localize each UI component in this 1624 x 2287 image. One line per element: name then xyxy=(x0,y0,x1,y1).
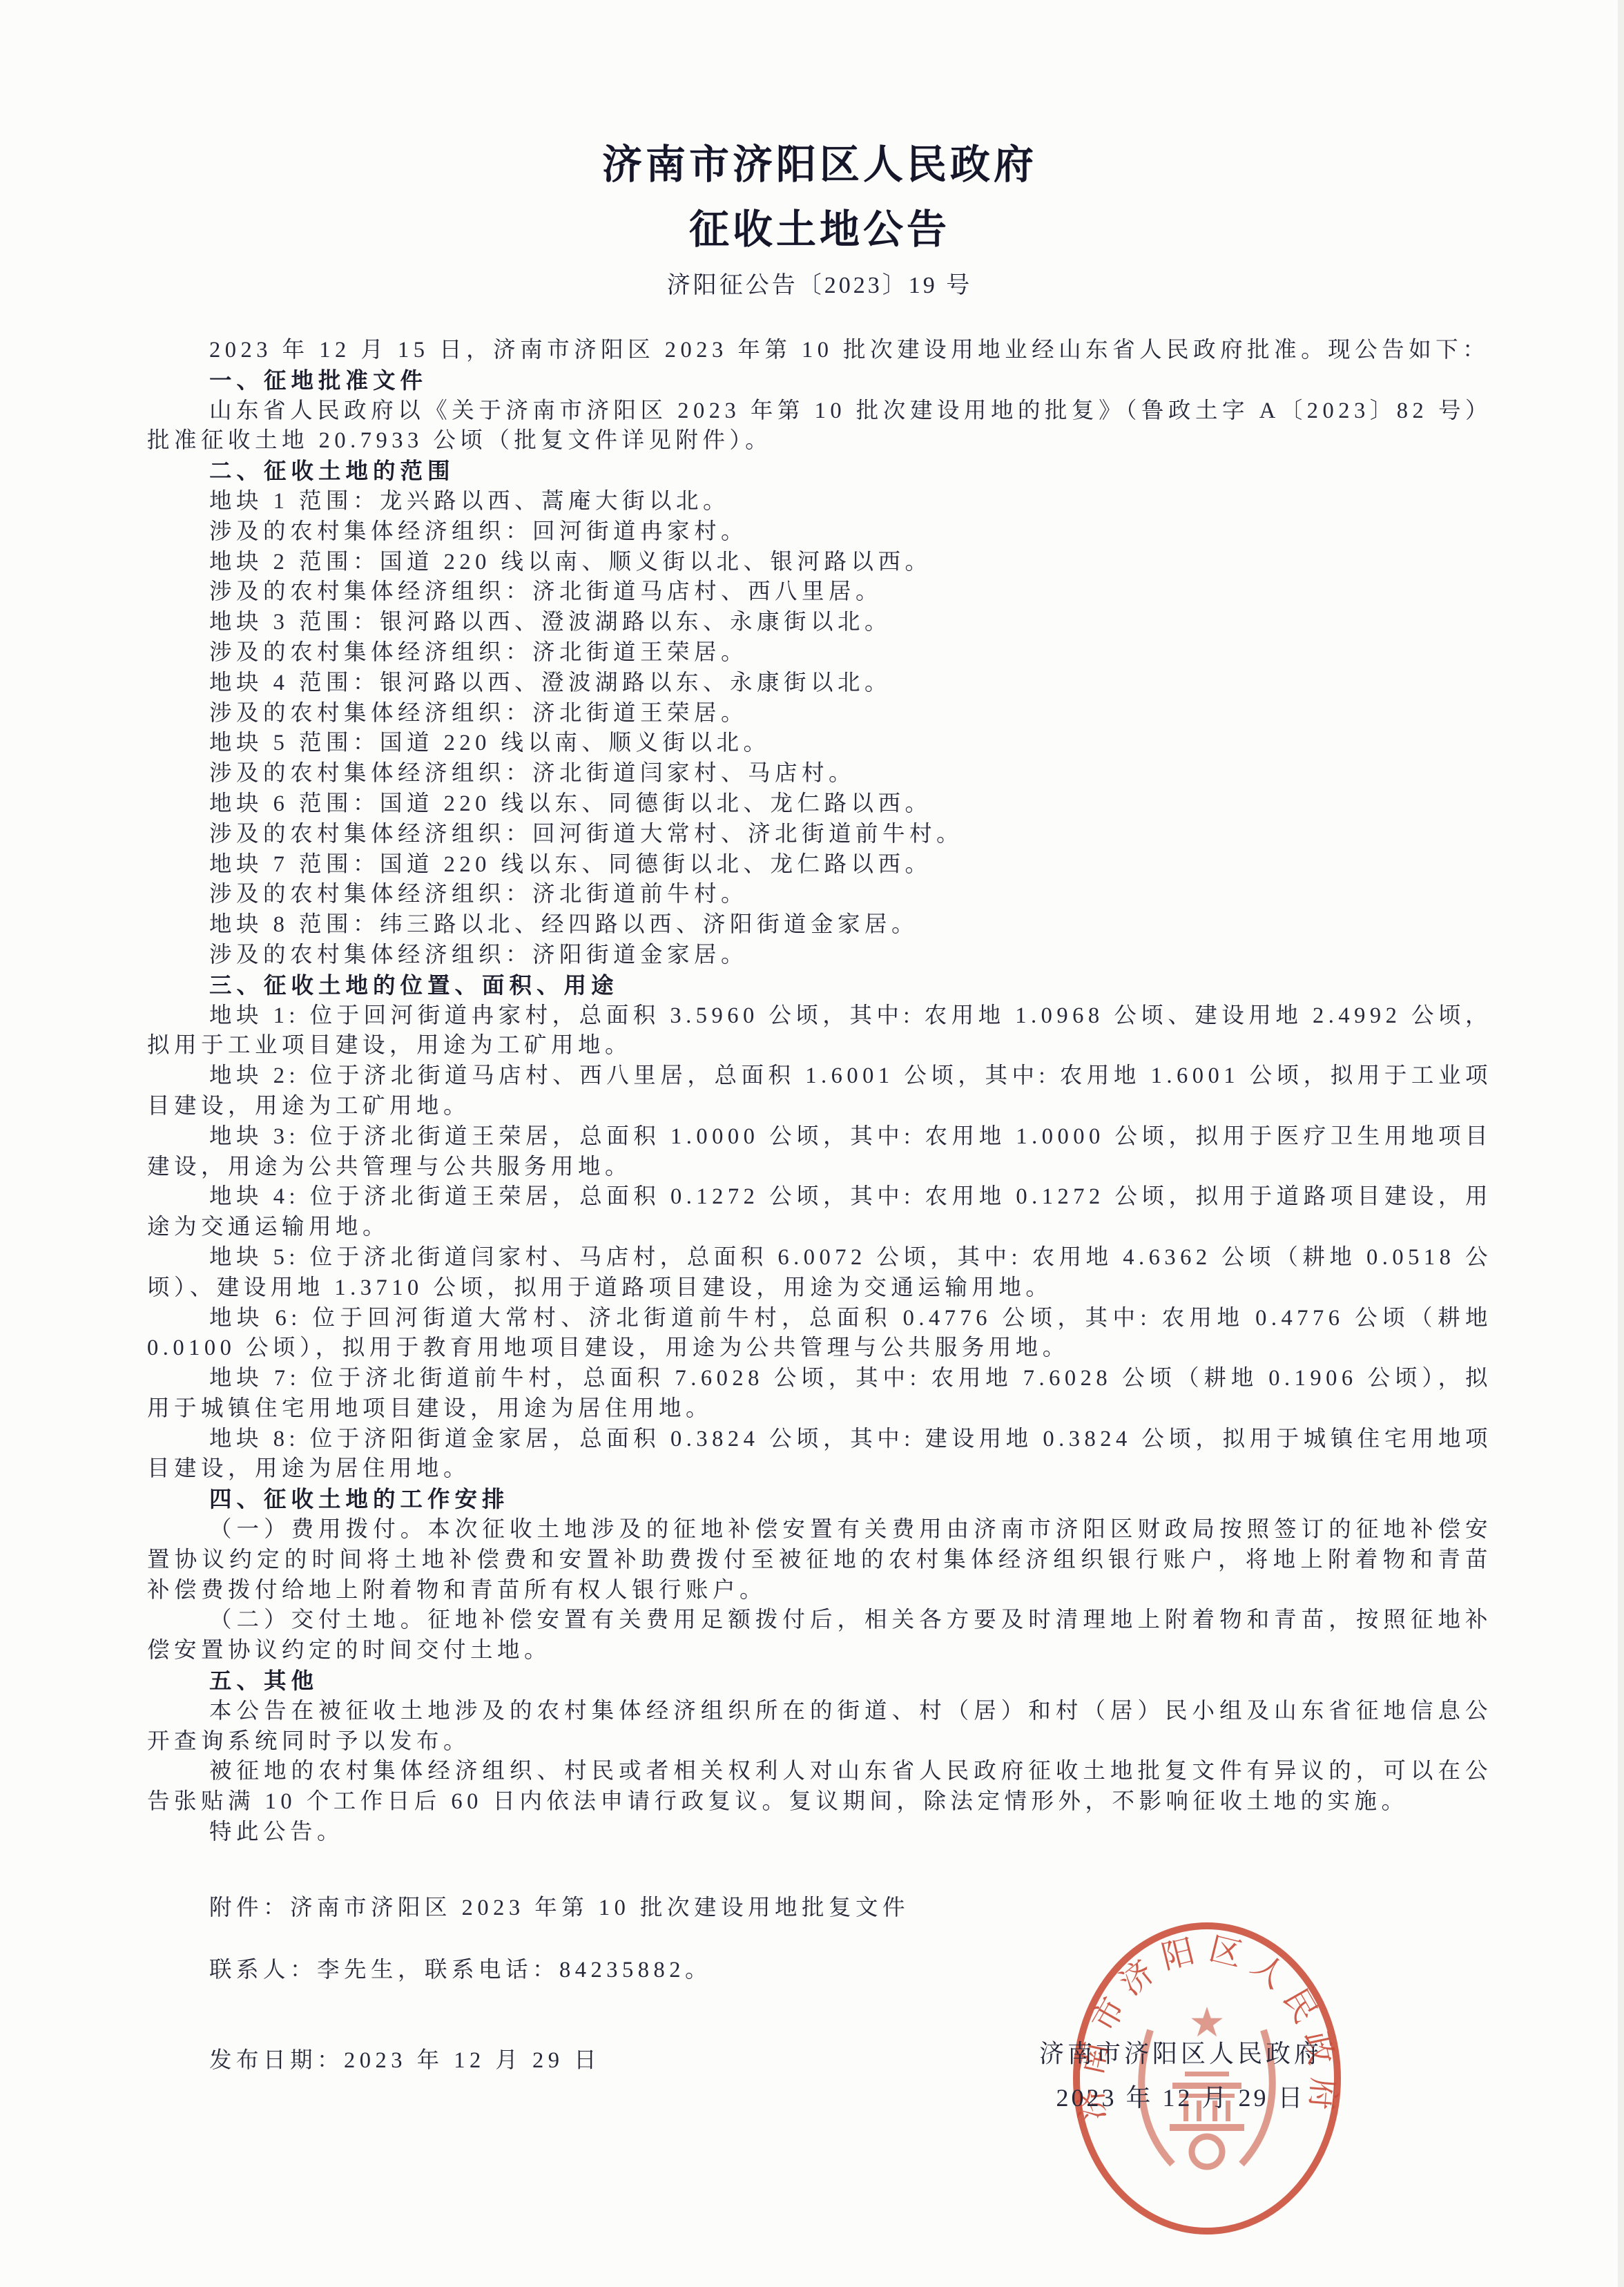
intro-paragraph: 2023 年 12 月 15 日，济南市济阳区 2023 年第 10 批次建设用… xyxy=(147,336,1492,366)
plot2-detail: 地块 2: 位于济北街道马店村、西八里居，总面积 1.6001 公顷，其中: 农… xyxy=(147,1061,1492,1122)
plot4-detail: 地块 4: 位于济北街道王荣居，总面积 0.1272 公顷，其中: 农用地 0.… xyxy=(147,1182,1492,1243)
section4-paragraph-2: （二）交付土地。征地补偿安置有关费用足额拨付后，相关各方要及时清理地上附着物和青… xyxy=(147,1605,1492,1666)
plot2-organizations: 涉及的农村集体经济组织：济北街道马店村、西八里居。 xyxy=(147,577,1492,608)
announcement-document: 济南市济阳区人民政府 征收土地公告 济阳征公告〔2023〕19 号 2023 年… xyxy=(0,0,1624,2287)
plot8-range: 地块 8 范围：纬三路以北、经四路以西、济阳街道金家居。 xyxy=(147,910,1492,940)
plot6-range: 地块 6 范围：国道 220 线以东、同德街以北、龙仁路以西。 xyxy=(147,789,1492,820)
signature-date: 2023 年 12 月 29 日 xyxy=(1015,2078,1346,2114)
plot6-detail: 地块 6: 位于回河街道大常村、济北街道前牛村，总面积 0.4776 公顷，其中… xyxy=(147,1304,1492,1364)
plot7-detail: 地块 7: 位于济北街道前牛村，总面积 7.6028 公顷，其中: 农用地 7.… xyxy=(147,1364,1492,1425)
plot7-organizations: 涉及的农村集体经济组织：济北街道前牛村。 xyxy=(147,880,1492,910)
plot4-range: 地块 4 范围：银河路以西、澄波湖路以东、永康街以北。 xyxy=(147,668,1492,699)
plot4-organizations: 涉及的农村集体经济组织：济北街道王荣居。 xyxy=(147,699,1492,729)
section4-paragraph-1: （一）费用拨付。本次征收土地涉及的征地补偿安置有关费用由济南市济阳区财政局按照签… xyxy=(147,1515,1492,1605)
plot2-range: 地块 2 范围：国道 220 线以南、顺义街以北、银河路以西。 xyxy=(147,548,1492,578)
plot1-range: 地块 1 范围：龙兴路以西、蒿庵大街以北。 xyxy=(147,487,1492,517)
plot7-range: 地块 7 范围：国道 220 线以东、同德街以北、龙仁路以西。 xyxy=(147,850,1492,880)
page-title-announcement: 征收土地公告 xyxy=(147,207,1492,253)
page-title-government: 济南市济阳区人民政府 xyxy=(147,142,1492,188)
plot1-detail: 地块 1: 位于回河街道冉家村，总面积 3.5960 公顷，其中: 农用地 1.… xyxy=(147,1001,1492,1062)
signature-org: 济南市济阳区人民政府 xyxy=(1015,2034,1346,2069)
section5-paragraph-1: 本公告在被征收土地涉及的农村集体经济组织所在的街道、村（居）和村（居）民小组及山… xyxy=(147,1697,1492,1757)
section1-paragraph: 山东省人民政府以《关于济南市济阳区 2023 年第 10 批次建设用地的批复》（… xyxy=(147,396,1492,457)
signature-block: 济南市济阳区人民政府 2023 年 12 月 29 日 xyxy=(1015,2034,1346,2114)
plot3-range: 地块 3 范围：银河路以西、澄波湖路以东、永康街以北。 xyxy=(147,608,1492,638)
doc-number: 济阳征公告〔2023〕19 号 xyxy=(147,271,1492,301)
section3-heading: 三、征收土地的位置、面积、用途 xyxy=(147,971,1492,1001)
plot3-detail: 地块 3: 位于济北街道王荣居，总面积 1.0000 公顷，其中: 农用地 1.… xyxy=(147,1122,1492,1183)
section5-heading: 五、其他 xyxy=(147,1666,1492,1697)
scan-edge-artifact xyxy=(1618,0,1624,2287)
plot5-range: 地块 5 范围：国道 220 线以南、顺义街以北。 xyxy=(147,728,1492,759)
plot1-organizations: 涉及的农村集体经济组织：回河街道冉家村。 xyxy=(147,517,1492,548)
section2-heading: 二、征收土地的范围 xyxy=(147,456,1492,487)
plot3-organizations: 涉及的农村集体经济组织：济北街道王荣居。 xyxy=(147,638,1492,668)
closing-line: 特此公告。 xyxy=(147,1817,1492,1848)
plot6-organizations: 涉及的农村集体经济组织：回河街道大常村、济北街道前牛村。 xyxy=(147,820,1492,850)
plot5-organizations: 涉及的农村集体经济组织：济北街道闫家村、马店村。 xyxy=(147,759,1492,789)
plot8-detail: 地块 8: 位于济阳街道金家居，总面积 0.3824 公顷，其中: 建设用地 0… xyxy=(147,1425,1492,1485)
plot8-organizations: 涉及的农村集体经济组织：济阳街道金家居。 xyxy=(147,940,1492,971)
section4-heading: 四、征收土地的工作安排 xyxy=(147,1485,1492,1515)
document-body: 济南市济阳区人民政府 征收土地公告 济阳征公告〔2023〕19 号 2023 年… xyxy=(147,142,1492,2076)
section5-paragraph-2: 被征地的农村集体经济组织、村民或者相关权利人对山东省人民政府征收土地批复文件有异… xyxy=(147,1757,1492,1817)
section1-heading: 一、征地批准文件 xyxy=(147,366,1492,396)
plot5-detail: 地块 5: 位于济北街道闫家村、马店村，总面积 6.0072 公顷，其中: 农用… xyxy=(147,1243,1492,1304)
